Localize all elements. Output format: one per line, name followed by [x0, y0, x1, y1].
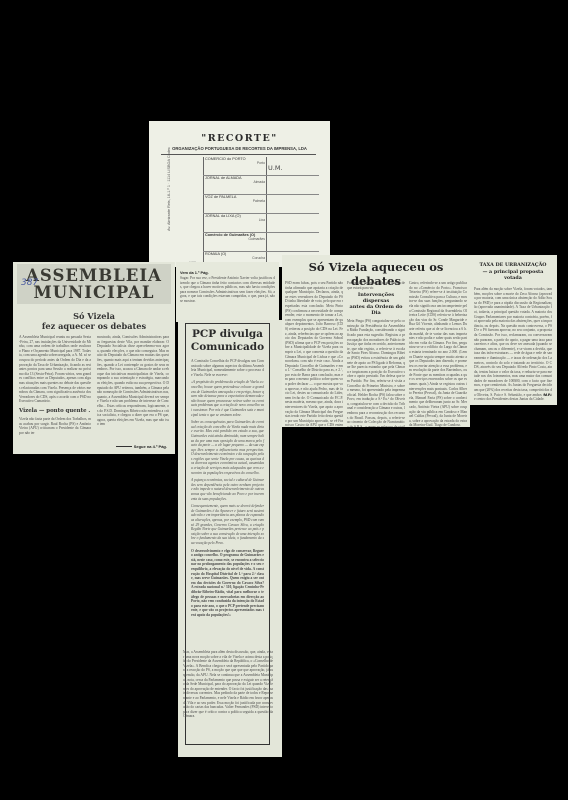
headline-line1: PCP divulga [186, 328, 269, 340]
assembleia-article: ASSEMBLEIA MUNICIPAL 387 Só Vizela fez a… [13, 262, 175, 454]
headline-line3-text: votada [504, 275, 522, 281]
body-text: Foi, assim, um pouco debate quente de qu… [347, 281, 405, 290]
publication-row: Comércio de Guimarães (O)Guimarães [204, 233, 320, 252]
publication-row: VOZ de PALMELAPalmela [204, 195, 320, 214]
mark-cell [267, 195, 320, 214]
body-text: Meta Pinga (PS) congratulou-se pela cons… [347, 319, 405, 427]
aqueceu-article: Só Vizela aqueceu os debates PSD eram fa… [282, 255, 470, 427]
quote-text: «A propósito do problema da criação de V… [191, 380, 264, 417]
author-signature: M.F. [544, 393, 551, 397]
article-column-2: mostrado, ainda, Comissões Administrativ… [97, 335, 169, 427]
subheading-line1: Intervenções dispersas [347, 292, 405, 304]
article-column-3: Castro, referindo-se a um artigo publica… [409, 281, 467, 427]
recorte-clipping-label: "RECORTE" ORGANIZAÇÃO PORTUGUESA DE RECO… [149, 121, 330, 267]
subheading-line2: antes da Ordem do Dia [347, 304, 405, 316]
publication-cell: COMERCIO do PORTOPorto [204, 157, 267, 176]
article-column-1: A Assembleia Municipal reuniu na passada… [19, 335, 91, 435]
article-column-1: PSD eram falsas, pois o seu Partido não … [285, 281, 343, 427]
publication-row: JORNAL da LIXA (O)Lixa [204, 214, 320, 233]
publication-city: Porto [205, 161, 265, 165]
recorte-subtitle: ORGANIZAÇÃO PORTUGUESA DE RECORTES DA IM… [157, 146, 322, 151]
publication-cell: VOZ de PALMELAPalmela [204, 195, 267, 214]
body-text: Mas, a Assembleia para além desta discus… [183, 650, 273, 719]
publication-city: Guimarães [205, 237, 265, 241]
publication-table: COMERCIO do PORTOPortoU.M.JORNAL de ALMA… [203, 157, 319, 267]
publication-city: Almada [205, 180, 265, 184]
headline-line1: Só Vizela [13, 311, 175, 321]
body-text: PSD eram falsas, pois o seu Partido não … [285, 281, 343, 427]
handwritten-number: 387 [21, 278, 38, 288]
body-text: Sugar. Por sua vez, o Presidente António… [180, 276, 275, 304]
recorte-title: "RECORTE" [149, 133, 330, 144]
body-text: mostrado, ainda, Comissões Administrativ… [97, 335, 169, 427]
masthead: ASSEMBLEIA MUNICIPAL 387 [17, 264, 171, 304]
quote-text: Consequentemente, quem mais se deverá de… [191, 504, 264, 545]
masthead-line2: MUNICIPAL [17, 283, 171, 302]
mark-cell [267, 233, 320, 252]
headline-line2: Comunicado [186, 341, 269, 353]
recorte-address: Av. Almirante Reis, 16-1.º 1 · 1114 LISB… [167, 147, 171, 231]
publication-row: JORNAL de ALMADAAlmada [204, 176, 320, 195]
pcp-article: PCP divulga Comunicado A Comissão Concel… [178, 320, 282, 757]
publication-cell: JORNAL da LIXA (O)Lixa [204, 214, 267, 233]
intro-text: A Comissão Concelhia do PCP divulgou um … [191, 359, 264, 377]
handwritten-mark: U.M. [268, 164, 283, 172]
taxa-article: TAXA DE URBANIZAÇÃO — a principal propos… [469, 255, 557, 405]
mark-cell [267, 176, 320, 195]
body-text: Para além da moção sobre Vizela, foram v… [474, 287, 552, 402]
publication-city: Lixa [205, 218, 265, 222]
publication-cell: JORNAL de ALMADAAlmada [204, 176, 267, 195]
continuation-strip: Vem da 1.ª Pág. Sugar. Por sua vez, o Pr… [176, 262, 279, 322]
article-column-2: Foi, assim, um pouco debate quente de qu… [347, 281, 405, 427]
publication-row: COMERCIO do PORTOPortoU.M. [204, 157, 320, 176]
publication-city: Corucha [205, 256, 265, 260]
headline-line2: fez aquecer os debates [13, 321, 175, 331]
body-text: A Assembleia Municipal reuniu na passada… [19, 335, 91, 404]
continued-note: Segue na 4.ª Pág. [116, 444, 167, 449]
mark-cell: U.M. [267, 157, 320, 176]
quote-text: A pujança económica, social e cultural d… [191, 478, 264, 501]
quote-text: Sobre as consequências para Guimarães do… [191, 420, 264, 475]
body-text: Vizela não fazia parte da Ordem dos Trab… [19, 417, 91, 435]
article-body: Para além da moção sobre Vizela, foram v… [474, 287, 552, 402]
after-box-text-wrap: Mas, a Assembleia para além desta discus… [183, 650, 273, 719]
mark-cell [267, 214, 320, 233]
quote-text: O desenvolvimento e elgo de conservar, R… [191, 549, 264, 618]
divider [161, 154, 316, 155]
subheading: Vizela — ponto quente . [19, 408, 91, 414]
article-body: A Comissão Concelhia do PCP divulgou um … [191, 359, 264, 617]
body-text: Castro, referindo-se a um artigo publica… [409, 281, 467, 427]
publication-city: Palmela [205, 199, 265, 203]
headline-line2: — a principal proposta votada [469, 269, 557, 281]
headline-line1: TAXA DE URBANIZAÇÃO [469, 262, 557, 268]
continuation-label: Vem da 1.ª Pág. [180, 270, 279, 275]
publication-cell: Comércio de Guimarães (O)Guimarães [204, 233, 267, 252]
